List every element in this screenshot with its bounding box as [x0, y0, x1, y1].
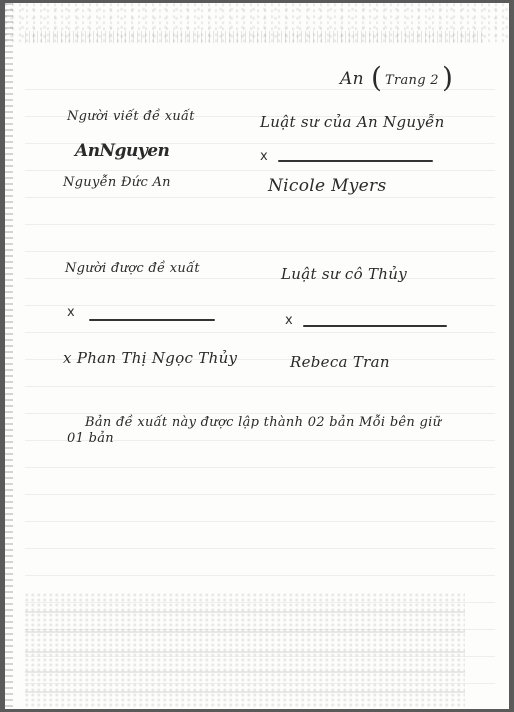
scanned-page: An ( Trang 2 ) Người viết đề xuất AnNguy… — [5, 3, 509, 709]
paren-open: ( — [371, 61, 382, 94]
paren-close: ) — [442, 61, 453, 94]
recipient-signature-line — [89, 319, 215, 321]
proposer-lawyer-signature-line — [278, 160, 433, 162]
proposer-signature: AnNguyen — [75, 141, 169, 161]
proposer-label: Người viết đề xuất — [67, 109, 195, 124]
scan-noise-band — [25, 31, 485, 43]
scan-left-edge — [5, 3, 13, 709]
proposer-name: Nguyễn Đức An — [63, 175, 171, 190]
recipient-lawyer-label: Luật sư cô Thủy — [281, 265, 407, 283]
recipient-lawyer-name: Rebeca Tran — [290, 353, 390, 371]
recipient-name: x Phan Thị Ngọc Thủy — [63, 349, 237, 367]
recipient-lawyer-signature-line — [303, 325, 447, 327]
footer-note-line2: 01 bản — [67, 431, 114, 446]
header-page-label: Trang 2 — [385, 73, 439, 88]
recipient-sign-mark: x — [67, 305, 75, 320]
recipient-lawyer-sign-mark: x — [285, 313, 293, 328]
footer-note-line1: Bản đề xuất này được lập thành 02 bản Mỗ… — [85, 415, 441, 430]
proposer-lawyer-sign-mark: x — [260, 149, 268, 164]
header-name: An — [340, 69, 364, 89]
recipient-label: Người được đề xuất — [65, 261, 200, 276]
scan-noise-bottom — [25, 593, 465, 708]
proposer-lawyer-name: Nicole Myers — [268, 176, 387, 196]
proposer-lawyer-label: Luật sư của An Nguyễn — [260, 113, 445, 131]
